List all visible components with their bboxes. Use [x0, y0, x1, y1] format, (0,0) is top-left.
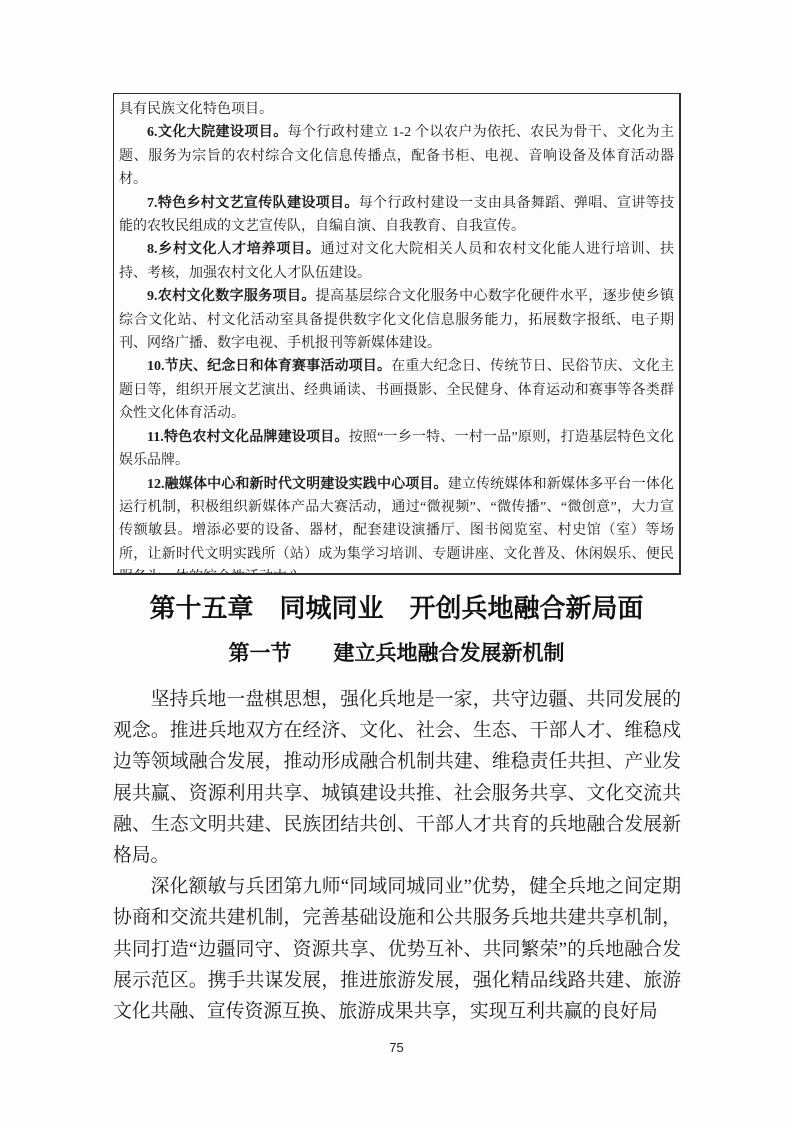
project-item-8: 8.乡村文化人才培养项目。通过对文化大院相关人员和农村文化能人进行培训、扶持、考… — [119, 238, 674, 285]
project-item-12: 12.融媒体中心和新时代文明建设实践中心项目。建立传统媒体和新媒体多平台一体化运… — [119, 473, 674, 576]
project-item-7: 7.特色乡村文艺宣传队建设项目。每个行政村建设一支由具备舞蹈、弹唱、宣讲等技能的… — [119, 192, 674, 239]
project-item-11: 11.特色农村文化品牌建设项目。按照“一乡一特、一村一品”原则，打造基层特色文化… — [119, 426, 674, 473]
body-paragraph-1: 坚持兵地一盘棋思想，强化兵地是一家，共守边疆、共同发展的观念。推进兵地双方在经济… — [113, 684, 681, 871]
box-continuation-text: 具有民族文化特色项目。 — [119, 98, 674, 121]
project-item-6-title: 6.文化大院建设项目。 — [147, 125, 288, 140]
project-item-10-title: 10.节庆、纪念日和体育赛事活动项目。 — [147, 359, 391, 374]
project-item-7-title: 7.特色乡村文艺宣传队建设项目。 — [147, 196, 359, 211]
document-page: 具有民族文化特色项目。 6.文化大院建设项目。每个行政村建立 1-2 个以农户为… — [0, 0, 793, 1122]
project-item-9-title: 9.农村文化数字服务项目。 — [147, 289, 316, 304]
project-item-12-title: 12.融媒体中心和新时代文明建设实践中心项目。 — [147, 477, 448, 492]
project-item-8-title: 8.乡村文化人才培养项目。 — [147, 242, 321, 257]
project-item-9: 9.农村文化数字服务项目。提高基层综合文化服务中心数字化硬件水平，逐步使乡镇综合… — [119, 285, 674, 355]
chapter-title: 第十五章 同城同业 开创兵地融合新局面 — [0, 589, 793, 627]
body-paragraph-2: 深化额敏与兵团第九师“同域同城同业”优势，健全兵地之间定期协商和交流共建机制，完… — [113, 871, 681, 1027]
project-item-6: 6.文化大院建设项目。每个行政村建立 1-2 个以农户为依托、农民为骨干、文化为… — [119, 121, 674, 191]
section-title: 第一节 建立兵地融合发展新机制 — [0, 639, 793, 669]
project-item-11-title: 11.特色农村文化品牌建设项目。 — [147, 430, 349, 445]
page-number: 75 — [0, 1040, 793, 1055]
body-text-block: 坚持兵地一盘棋思想，强化兵地是一家，共守边疆、共同发展的观念。推进兵地双方在经济… — [113, 684, 681, 1027]
project-item-10: 10.节庆、纪念日和体育赛事活动项目。在重大纪念日、传统节日、民俗节庆、文化主题… — [119, 355, 674, 425]
project-list-box: 具有民族文化特色项目。 6.文化大院建设项目。每个行政村建立 1-2 个以农户为… — [113, 93, 681, 575]
